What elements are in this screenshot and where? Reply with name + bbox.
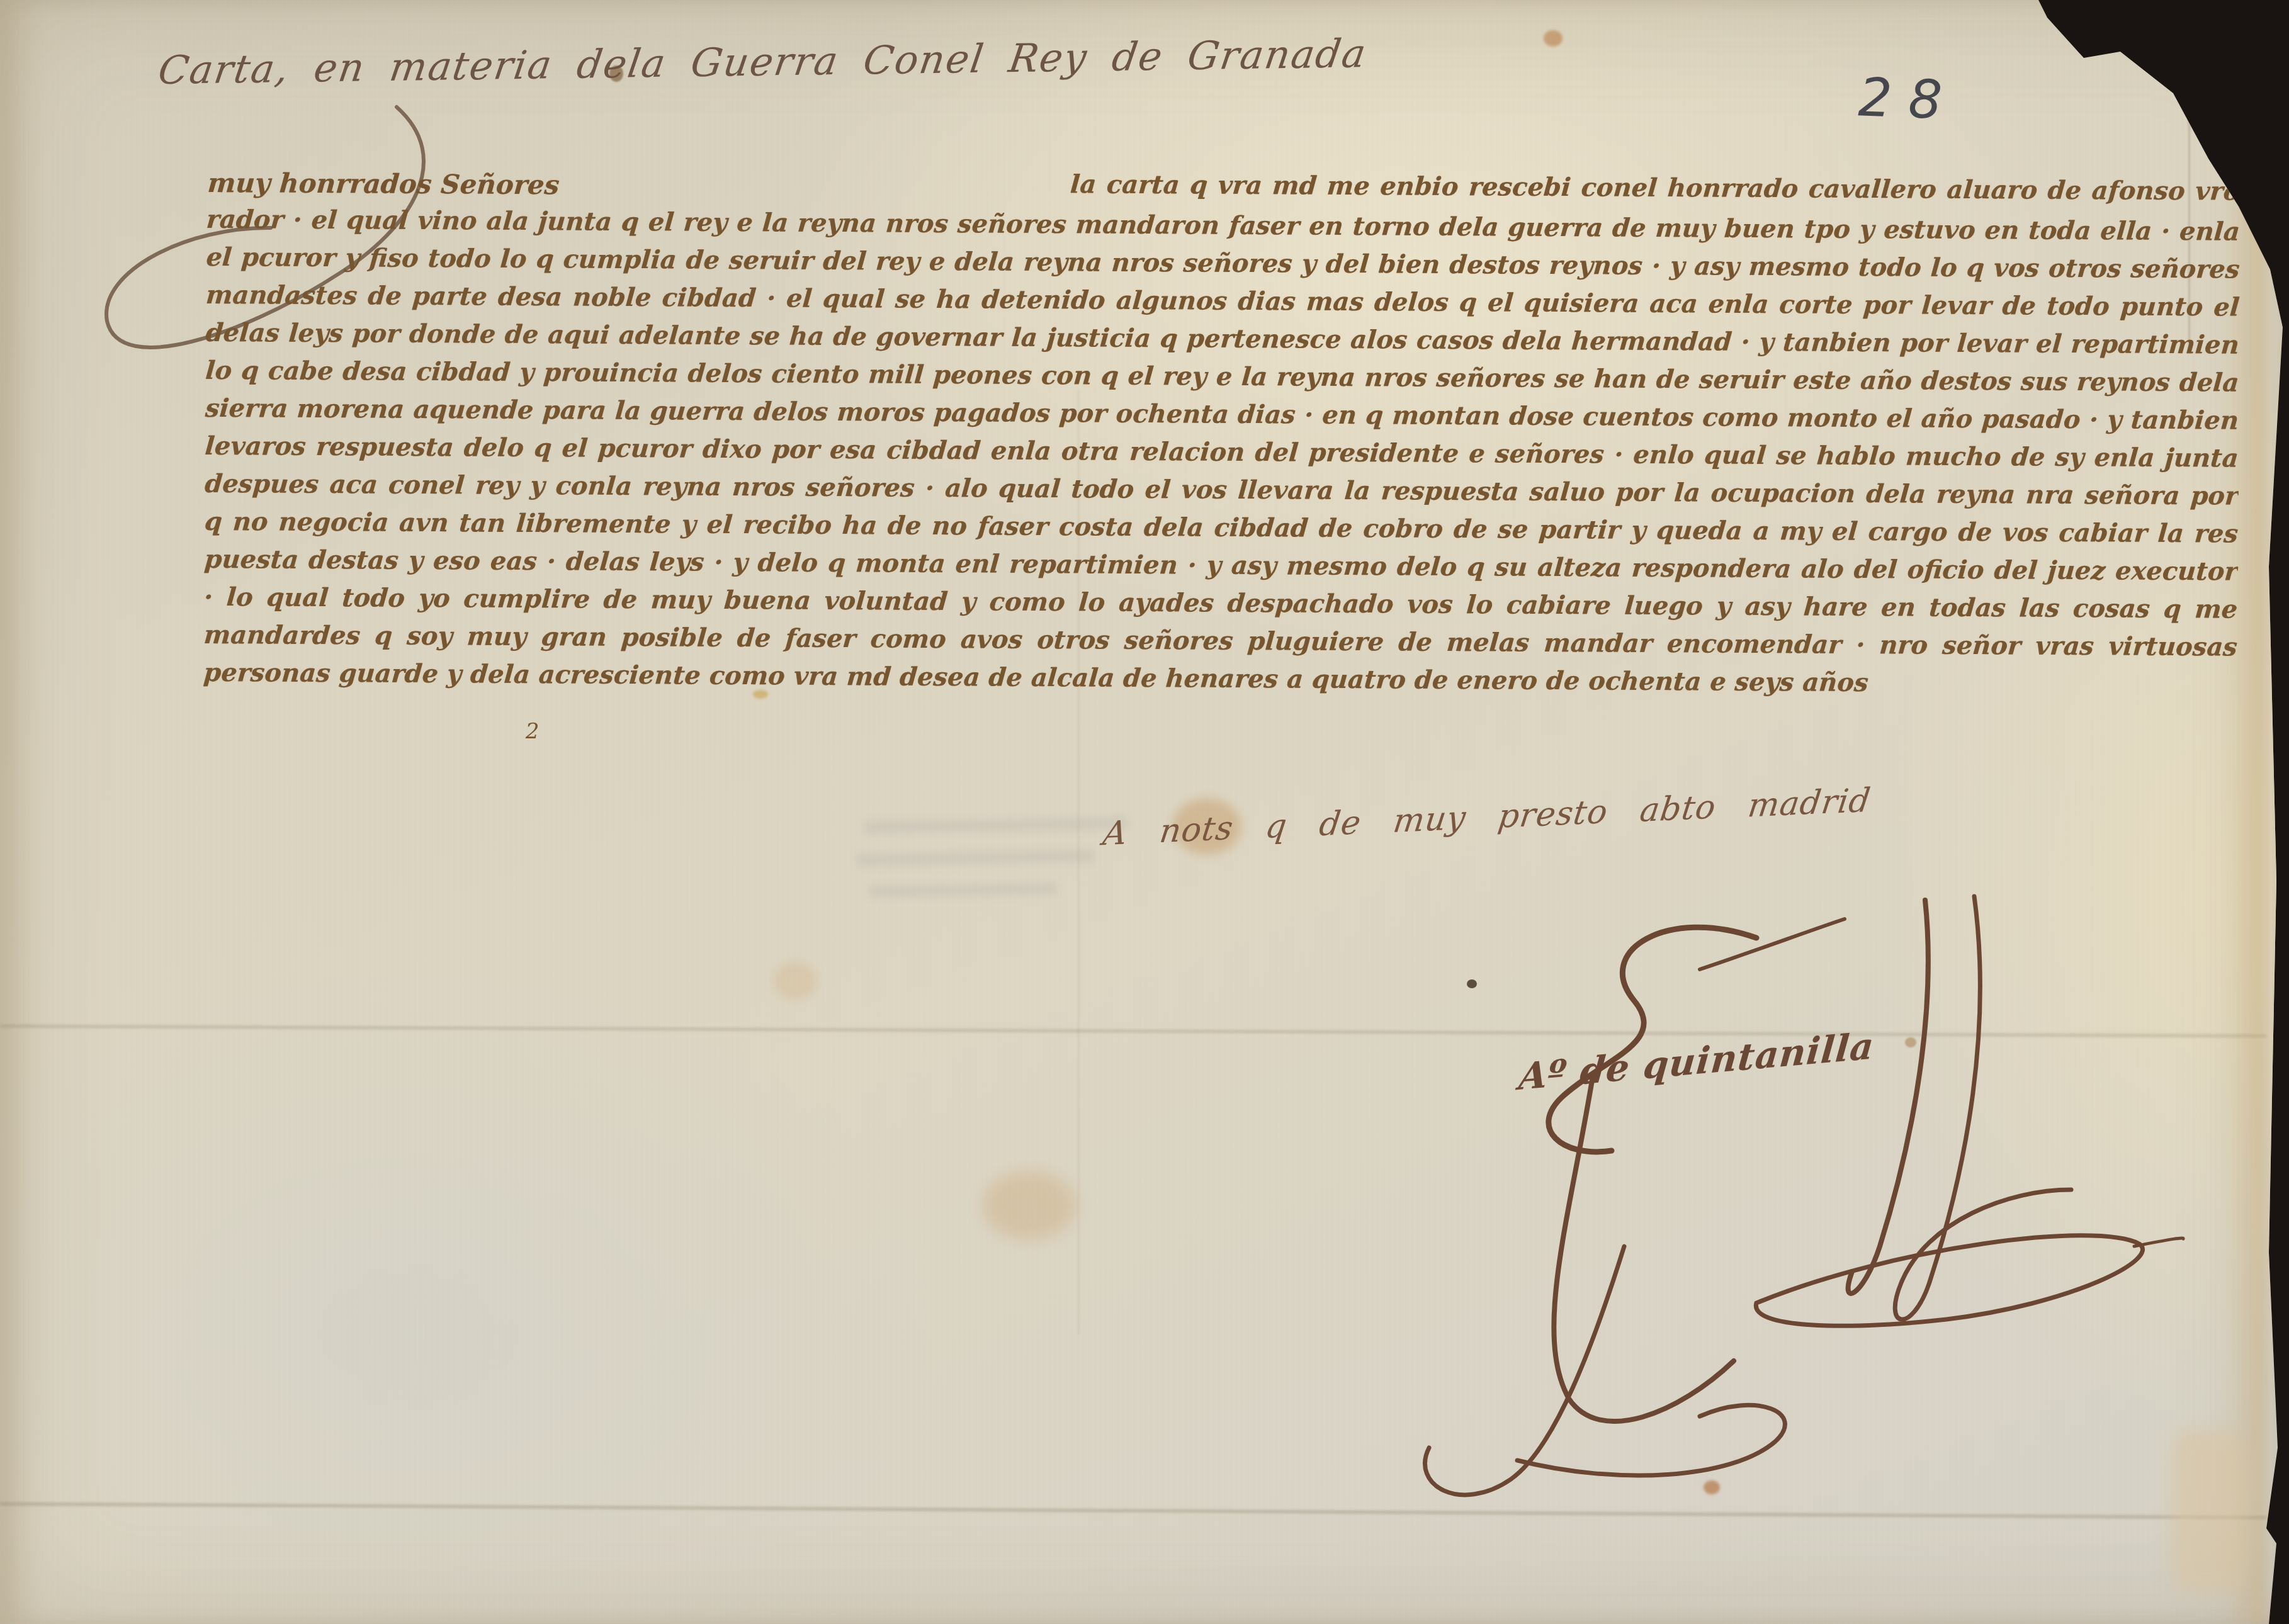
docket-note: A nots q de muy presto abto madrid <box>1101 781 1886 853</box>
horizontal-fold-crease <box>0 1503 2266 1519</box>
show-through-text <box>864 816 1128 834</box>
body-line: la carta q vra md me enbio rescebi conel… <box>1069 168 2241 210</box>
signature-flourish <box>1404 894 2184 1498</box>
show-through-text <box>856 849 1095 867</box>
salutation: muy honrrados Señores <box>206 167 560 200</box>
subscript-mark: 2 <box>526 719 540 744</box>
letter-body: muy honrrados Señores la carta q vra md … <box>0 0 2289 7</box>
parchment-sheet: Carta, en materia dela Guerra Conel Rey … <box>0 0 2289 1624</box>
tan-stain <box>773 962 817 1000</box>
tan-stain <box>982 1171 1077 1240</box>
folio-number: 28 <box>1857 66 1959 131</box>
left-edge-shading <box>0 0 38 1624</box>
rust-stain <box>1544 30 1563 47</box>
body-line-dateline: personas guarde y dela acresciente como … <box>202 657 1869 702</box>
photograph-canvas: { "letter": { "heading": "Carta, en mate… <box>0 0 2289 1624</box>
show-through-text <box>869 882 1058 898</box>
